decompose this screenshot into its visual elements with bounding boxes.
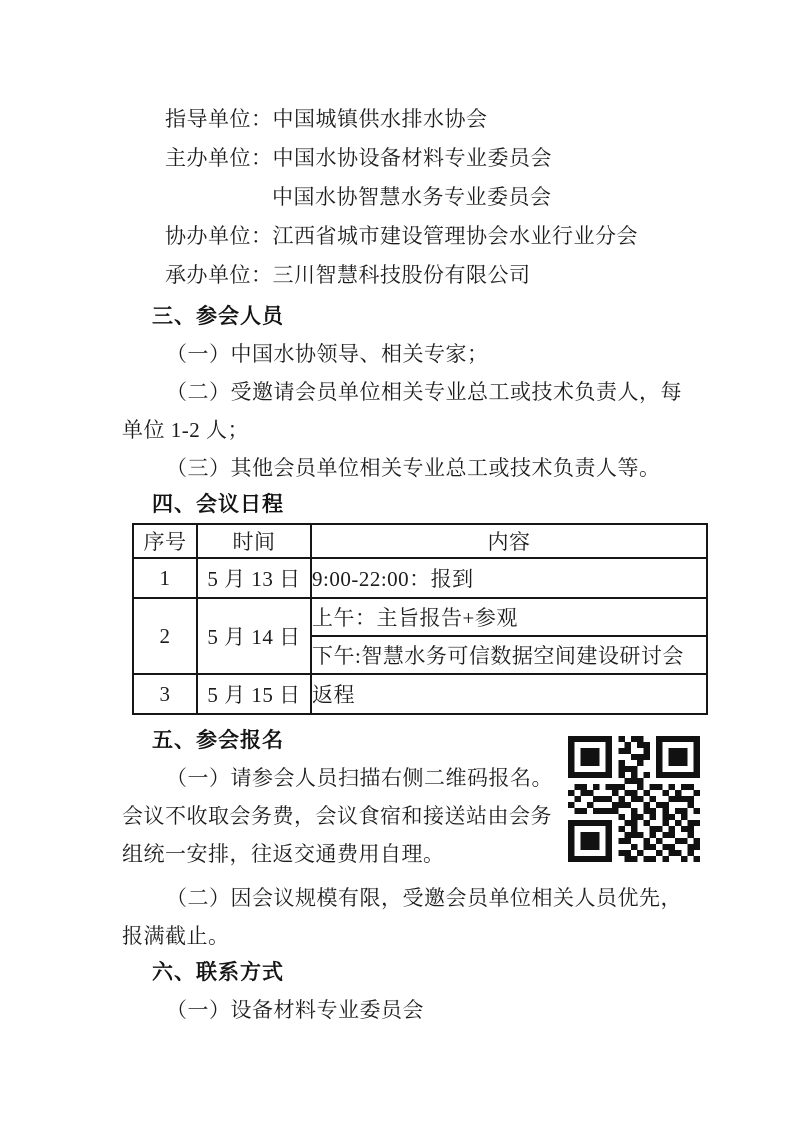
column-header-seq: 序号: [133, 524, 197, 558]
organizer-label: 主办单位：: [165, 146, 273, 170]
participants-item-3: （三）其他会员单位相关专业总工或技术负责人等。: [122, 449, 710, 487]
column-header-content: 内容: [311, 524, 707, 558]
schedule-table: 序号 时间 内容 1 5 月 13 日 9:00-22:00：报到 2 5 月 …: [132, 523, 708, 715]
section-heading-agenda: 四、会议日程: [152, 487, 710, 523]
organizer-block: 指导单位：中国城镇供水排水协会 主办单位：中国水协设备材料专业委员会 中国水协智…: [165, 100, 710, 295]
contact-item-1: （一）设备材料专业委员会: [122, 991, 710, 1029]
section-heading-participants: 三、参会人员: [152, 299, 710, 335]
column-header-time: 时间: [197, 524, 311, 558]
participants-item-2-line-1: （二）受邀请会员单位相关专业总工或技术负责人，每: [122, 373, 710, 411]
organizer-line-host-2: 中国水协智慧水务专业委员会: [165, 178, 710, 217]
organizer-value: 江西省城市建设管理协会水业行业分会: [273, 224, 639, 248]
organizer-label: 指导单位：: [165, 107, 273, 131]
organizer-line-undertaker: 承办单位：三川智慧科技股份有限公司: [165, 256, 710, 295]
cell-content: 9:00-22:00：报到: [311, 558, 707, 598]
cell-seq: 3: [133, 674, 197, 714]
cell-date: 5 月 15 日: [197, 674, 311, 714]
registration-item-2-line-1: （二）因会议规模有限，受邀会员单位相关人员优先，: [122, 879, 710, 917]
organizer-value: 中国城镇供水排水协会: [273, 107, 488, 131]
cell-date: 5 月 14 日: [197, 598, 311, 674]
table-row-day-2-morning: 2 5 月 14 日 上午：主旨报告+参观: [133, 598, 707, 636]
scanned-document-page: 指导单位：中国城镇供水排水协会 主办单位：中国水协设备材料专业委员会 中国水协智…: [0, 0, 800, 1133]
table-row-day-1: 1 5 月 13 日 9:00-22:00：报到: [133, 558, 707, 598]
registration-qr-code: [568, 736, 700, 862]
cell-content: 上午：主旨报告+参观: [311, 598, 707, 636]
table-row-day-3: 3 5 月 15 日 返程: [133, 674, 707, 714]
organizer-value: 中国水协智慧水务专业委员会: [272, 185, 552, 209]
organizer-value: 中国水协设备材料专业委员会: [273, 146, 553, 170]
cell-content: 下午:智慧水务可信数据空间建设研讨会: [311, 636, 707, 674]
organizer-line-guidance: 指导单位：中国城镇供水排水协会: [165, 100, 710, 139]
organizer-label: 承办单位：: [165, 263, 273, 287]
cell-seq: 1: [133, 558, 197, 598]
table-header-row: 序号 时间 内容: [133, 524, 707, 558]
organizer-line-host: 主办单位：中国水协设备材料专业委员会: [165, 139, 710, 178]
section-heading-contact: 六、联系方式: [152, 955, 710, 991]
cell-seq: 2: [133, 598, 197, 674]
participants-item-1: （一）中国水协领导、相关专家；: [122, 335, 710, 373]
organizer-value: 三川智慧科技股份有限公司: [273, 263, 531, 287]
participants-item-2-line-2: 单位 1-2 人；: [122, 411, 710, 449]
registration-item-2-line-2: 报满截止。: [122, 917, 710, 955]
cell-content: 返程: [311, 674, 707, 714]
organizer-line-co-organizer: 协办单位：江西省城市建设管理协会水业行业分会: [165, 217, 710, 256]
cell-date: 5 月 13 日: [197, 558, 311, 598]
organizer-label: 协办单位：: [165, 224, 273, 248]
